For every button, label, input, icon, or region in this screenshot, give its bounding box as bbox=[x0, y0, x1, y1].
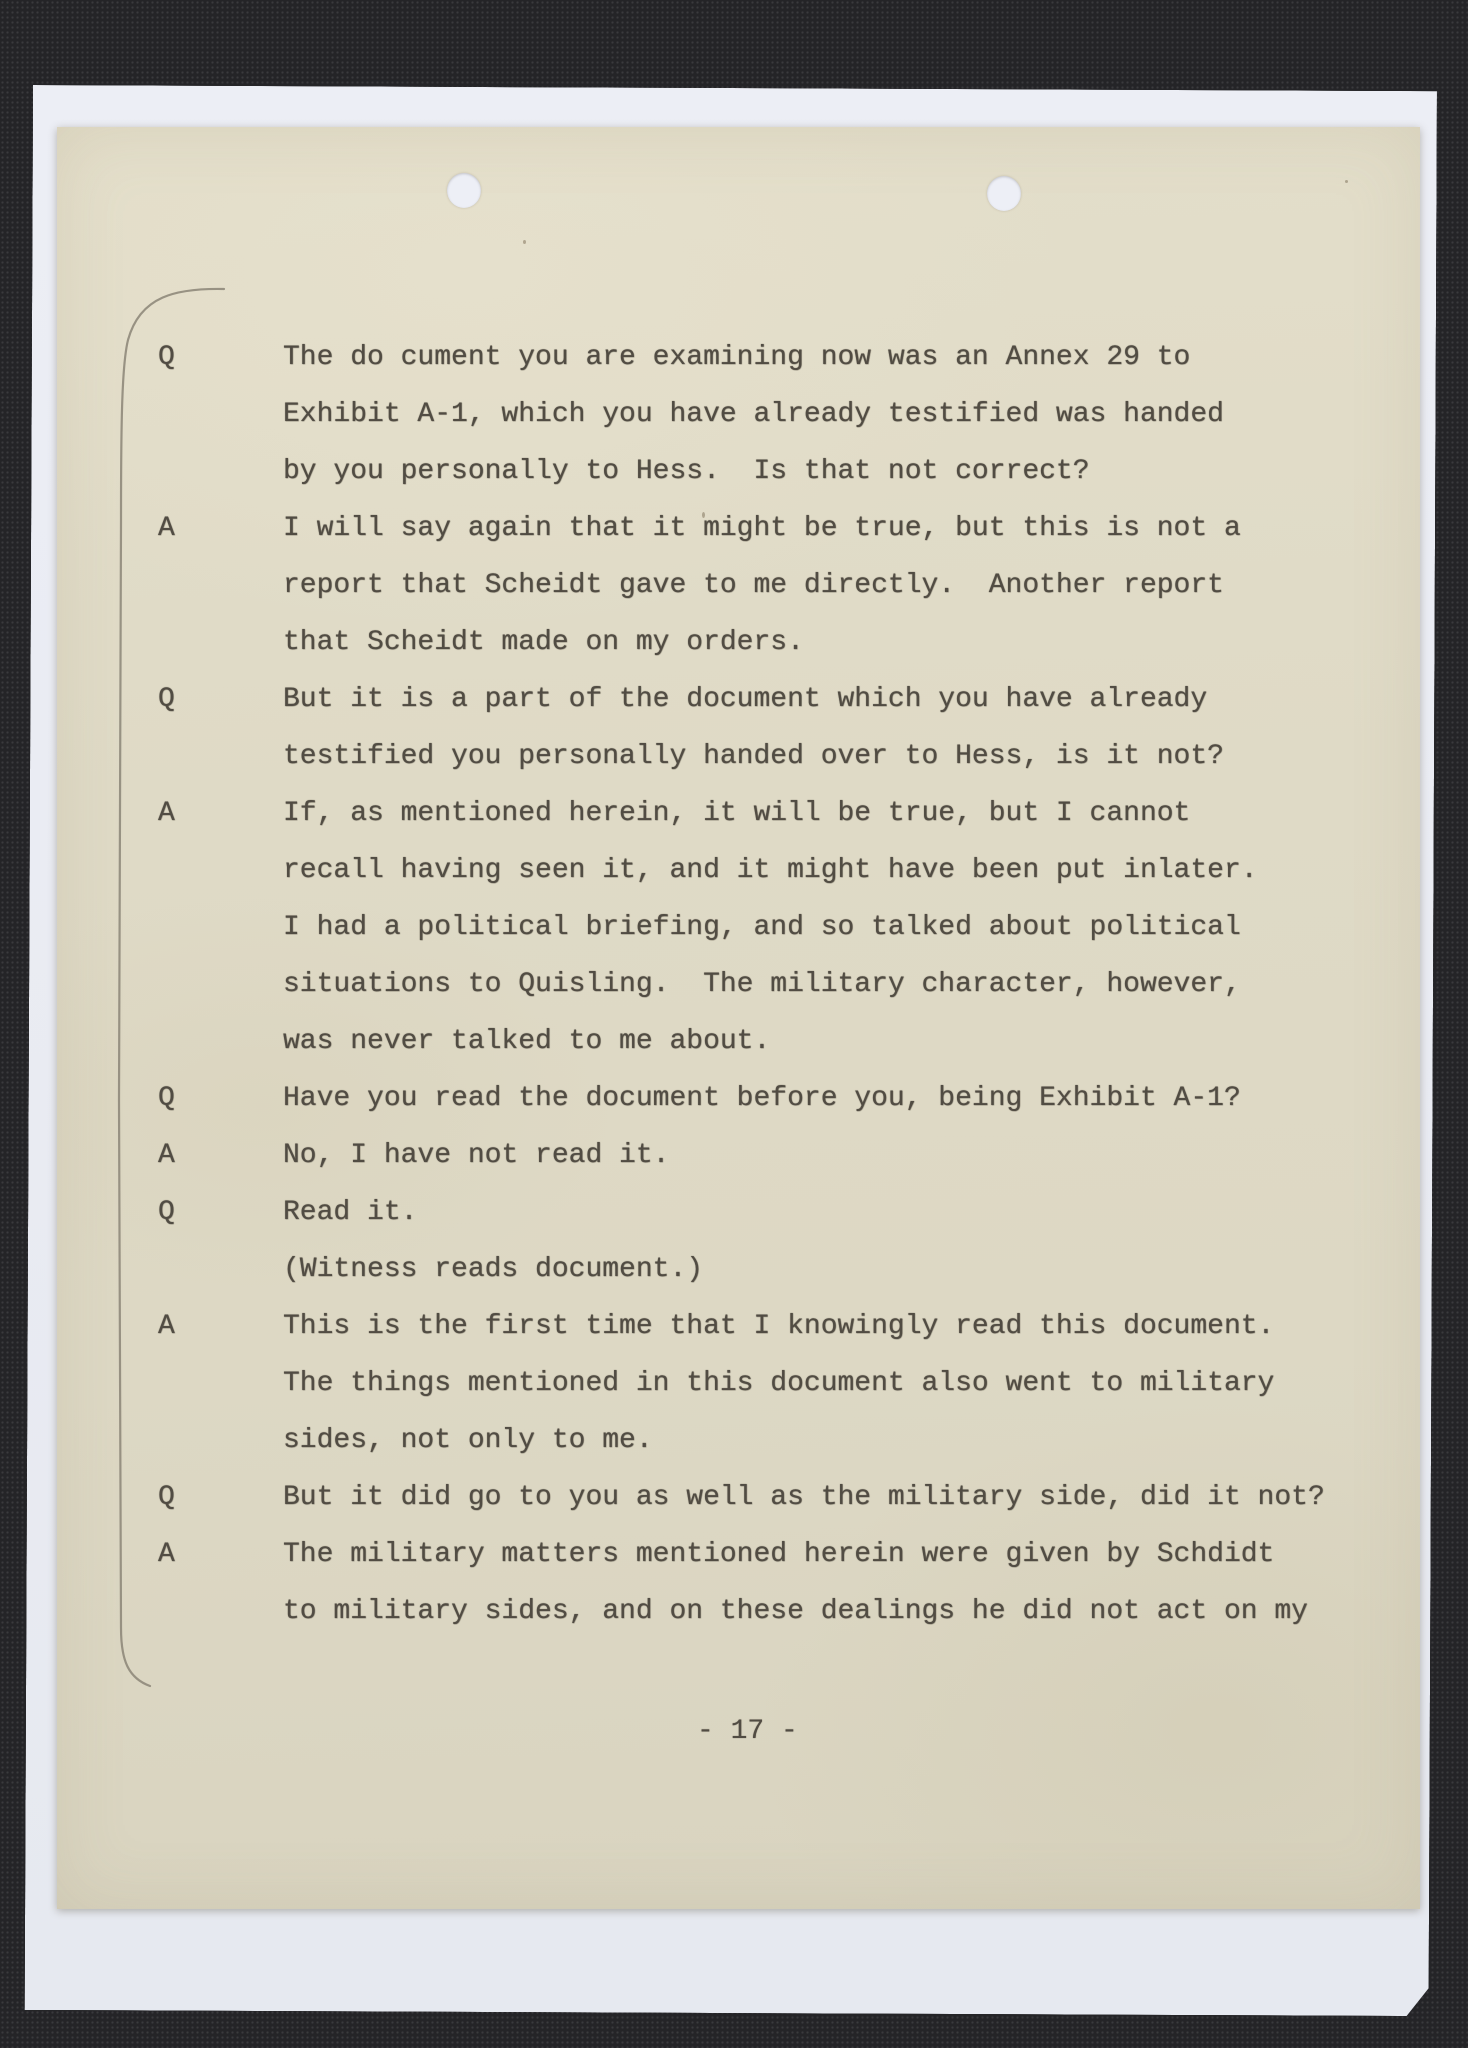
punch-hole-left bbox=[447, 173, 481, 208]
transcript-text: (Witness reads document.) bbox=[283, 1254, 703, 1285]
transcript-line: QHave you read the document before you, … bbox=[158, 1083, 1408, 1140]
transcript-text: report that Scheidt gave to me directly.… bbox=[283, 570, 1224, 601]
transcript-line: testified you personally handed over to … bbox=[158, 741, 1408, 798]
speaker-marker: A bbox=[158, 1311, 175, 1342]
transcript-line: AThis is the first time that I knowingly… bbox=[158, 1311, 1408, 1368]
speaker-marker: Q bbox=[158, 1083, 175, 1114]
transcript-line: that Scheidt made on my orders. bbox=[158, 627, 1408, 684]
transcript-text: situations to Quisling. The military cha… bbox=[283, 969, 1241, 1000]
transcript-text: But it is a part of the document which y… bbox=[283, 684, 1207, 715]
transcript-line: report that Scheidt gave to me directly.… bbox=[158, 570, 1408, 627]
transcript-text: No, I have not read it. bbox=[283, 1140, 669, 1171]
speaker-marker: A bbox=[158, 798, 175, 829]
transcript: QThe do cument you are examining now was… bbox=[158, 342, 1408, 1653]
ink-speck bbox=[1345, 180, 1348, 183]
page-number: - 17 - bbox=[697, 1716, 798, 1747]
transcript-line: recall having seen it, and it might have… bbox=[158, 855, 1408, 912]
transcript-line: QBut it did go to you as well as the mil… bbox=[158, 1482, 1408, 1539]
transcript-line: The things mentioned in this document al… bbox=[158, 1368, 1408, 1425]
speaker-marker: A bbox=[158, 1539, 175, 1570]
transcript-line: Exhibit A-1, which you have already test… bbox=[158, 399, 1408, 456]
speaker-marker: Q bbox=[158, 1482, 175, 1513]
transcript-text: that Scheidt made on my orders. bbox=[283, 627, 804, 658]
ink-speck bbox=[702, 512, 705, 518]
scanned-document-view: { "colors": { "background": "#242427", "… bbox=[0, 0, 1468, 2048]
transcript-line: I had a political briefing, and so talke… bbox=[158, 912, 1408, 969]
transcript-text: I had a political briefing, and so talke… bbox=[283, 912, 1241, 943]
transcript-text: to military sides, and on these dealings… bbox=[283, 1596, 1308, 1627]
transcript-line: situations to Quisling. The military cha… bbox=[158, 969, 1408, 1026]
transcript-text: sides, not only to me. bbox=[283, 1425, 653, 1456]
transcript-line: ANo, I have not read it. bbox=[158, 1140, 1408, 1197]
speaker-marker: Q bbox=[158, 684, 175, 715]
transcript-text: was never talked to me about. bbox=[283, 1026, 770, 1057]
transcript-line: to military sides, and on these dealings… bbox=[158, 1596, 1408, 1653]
speaker-marker: Q bbox=[158, 1197, 175, 1228]
transcript-text: If, as mentioned herein, it will be true… bbox=[283, 798, 1190, 829]
transcript-text: I will say again that it might be true, … bbox=[283, 513, 1241, 544]
transcript-text: The things mentioned in this document al… bbox=[283, 1368, 1274, 1399]
transcript-text: Read it. bbox=[283, 1197, 417, 1228]
transcript-text: Have you read the document before you, b… bbox=[283, 1083, 1241, 1114]
transcript-text: The do cument you are examining now was … bbox=[283, 342, 1190, 373]
transcript-line: sides, not only to me. bbox=[158, 1425, 1408, 1482]
transcript-text: testified you personally handed over to … bbox=[283, 741, 1224, 772]
transcript-line: QRead it. bbox=[158, 1197, 1408, 1254]
transcript-text: recall having seen it, and it might have… bbox=[283, 855, 1258, 886]
transcript-line: QThe do cument you are examining now was… bbox=[158, 342, 1408, 399]
transcript-text: This is the first time that I knowingly … bbox=[283, 1311, 1274, 1342]
transcript-text: The military matters mentioned herein we… bbox=[283, 1539, 1274, 1570]
transcript-line: by you personally to Hess. Is that not c… bbox=[158, 456, 1408, 513]
speaker-marker: A bbox=[158, 1140, 175, 1171]
speaker-marker: Q bbox=[158, 342, 175, 373]
transcript-text: But it did go to you as well as the mili… bbox=[283, 1482, 1325, 1513]
punch-hole-right bbox=[987, 176, 1021, 211]
speaker-marker: A bbox=[158, 513, 175, 544]
transcript-line: (Witness reads document.) bbox=[158, 1254, 1408, 1311]
ink-speck bbox=[523, 240, 526, 244]
transcript-text: Exhibit A-1, which you have already test… bbox=[283, 399, 1224, 430]
transcript-line: QBut it is a part of the document which … bbox=[158, 684, 1408, 741]
transcript-line: was never talked to me about. bbox=[158, 1026, 1408, 1083]
transcript-text: by you personally to Hess. Is that not c… bbox=[283, 456, 1090, 487]
transcript-line: AThe military matters mentioned herein w… bbox=[158, 1539, 1408, 1596]
transcript-line: AI will say again that it might be true,… bbox=[158, 513, 1408, 570]
transcript-line: AIf, as mentioned herein, it will be tru… bbox=[158, 798, 1408, 855]
